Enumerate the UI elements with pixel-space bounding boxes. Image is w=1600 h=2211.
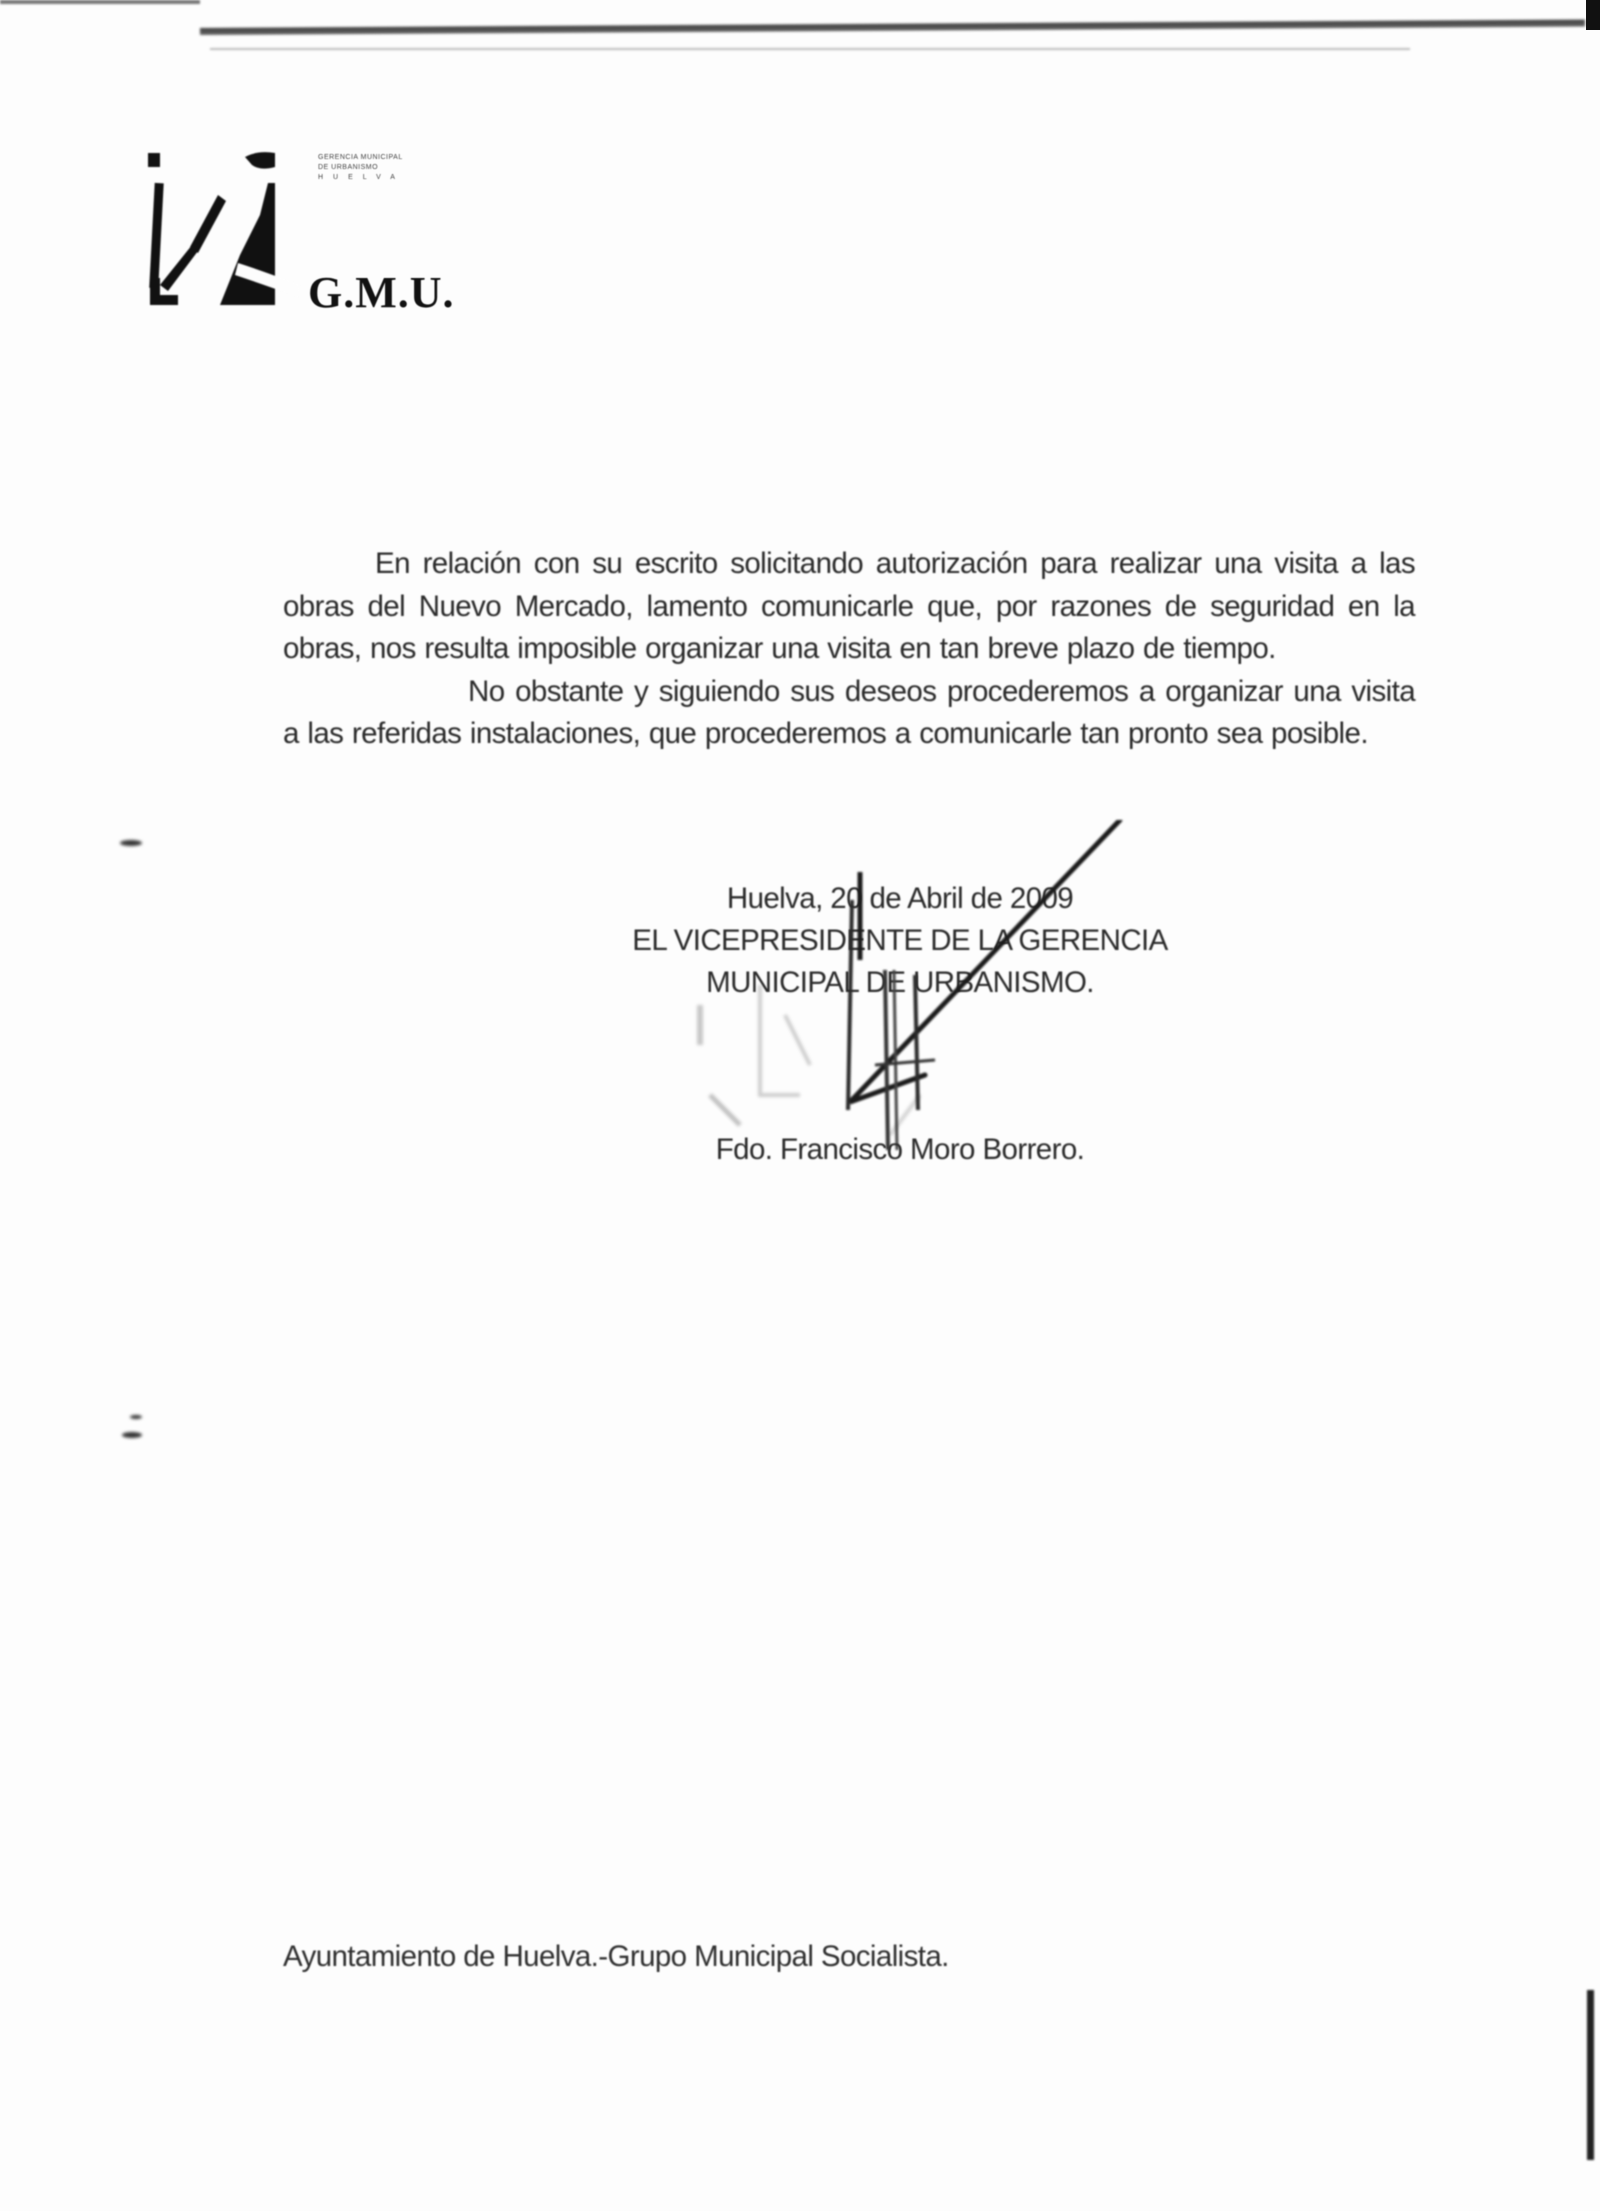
margin-punch-mark bbox=[120, 840, 142, 846]
body-paragraph: En relación con su escrito solicitando a… bbox=[283, 543, 1415, 671]
scan-edge-right bbox=[1587, 1990, 1594, 2160]
scan-corner-right bbox=[1586, 0, 1600, 30]
letterhead-logo: GERENCIA MUNICIPAL DE URBANISMO HUELVA G… bbox=[140, 145, 480, 320]
letterhead-acronym: G.M.U. bbox=[308, 267, 455, 318]
scan-edge-top bbox=[200, 20, 1585, 35]
handwritten-signature-icon bbox=[680, 820, 1140, 1180]
body-paragraph: No obstante y siguiendo sus deseos proce… bbox=[283, 671, 1415, 756]
gmu-logo-icon bbox=[140, 145, 320, 320]
signed-by: Fdo. Francisco Moro Borrero. bbox=[540, 1133, 1260, 1167]
letter-body: En relación con su escrito solicitando a… bbox=[283, 543, 1415, 756]
footer-text: Ayuntamiento de Huelva.-Grupo Municipal … bbox=[283, 1940, 949, 1974]
margin-punch-mark bbox=[122, 1432, 142, 1438]
letterhead-org-name: GERENCIA MUNICIPAL DE URBANISMO HUELVA bbox=[318, 153, 478, 183]
scan-edge-top-left bbox=[0, 0, 200, 4]
scan-edge-top-faint bbox=[210, 48, 1410, 50]
margin-punch-mark bbox=[130, 1415, 142, 1419]
